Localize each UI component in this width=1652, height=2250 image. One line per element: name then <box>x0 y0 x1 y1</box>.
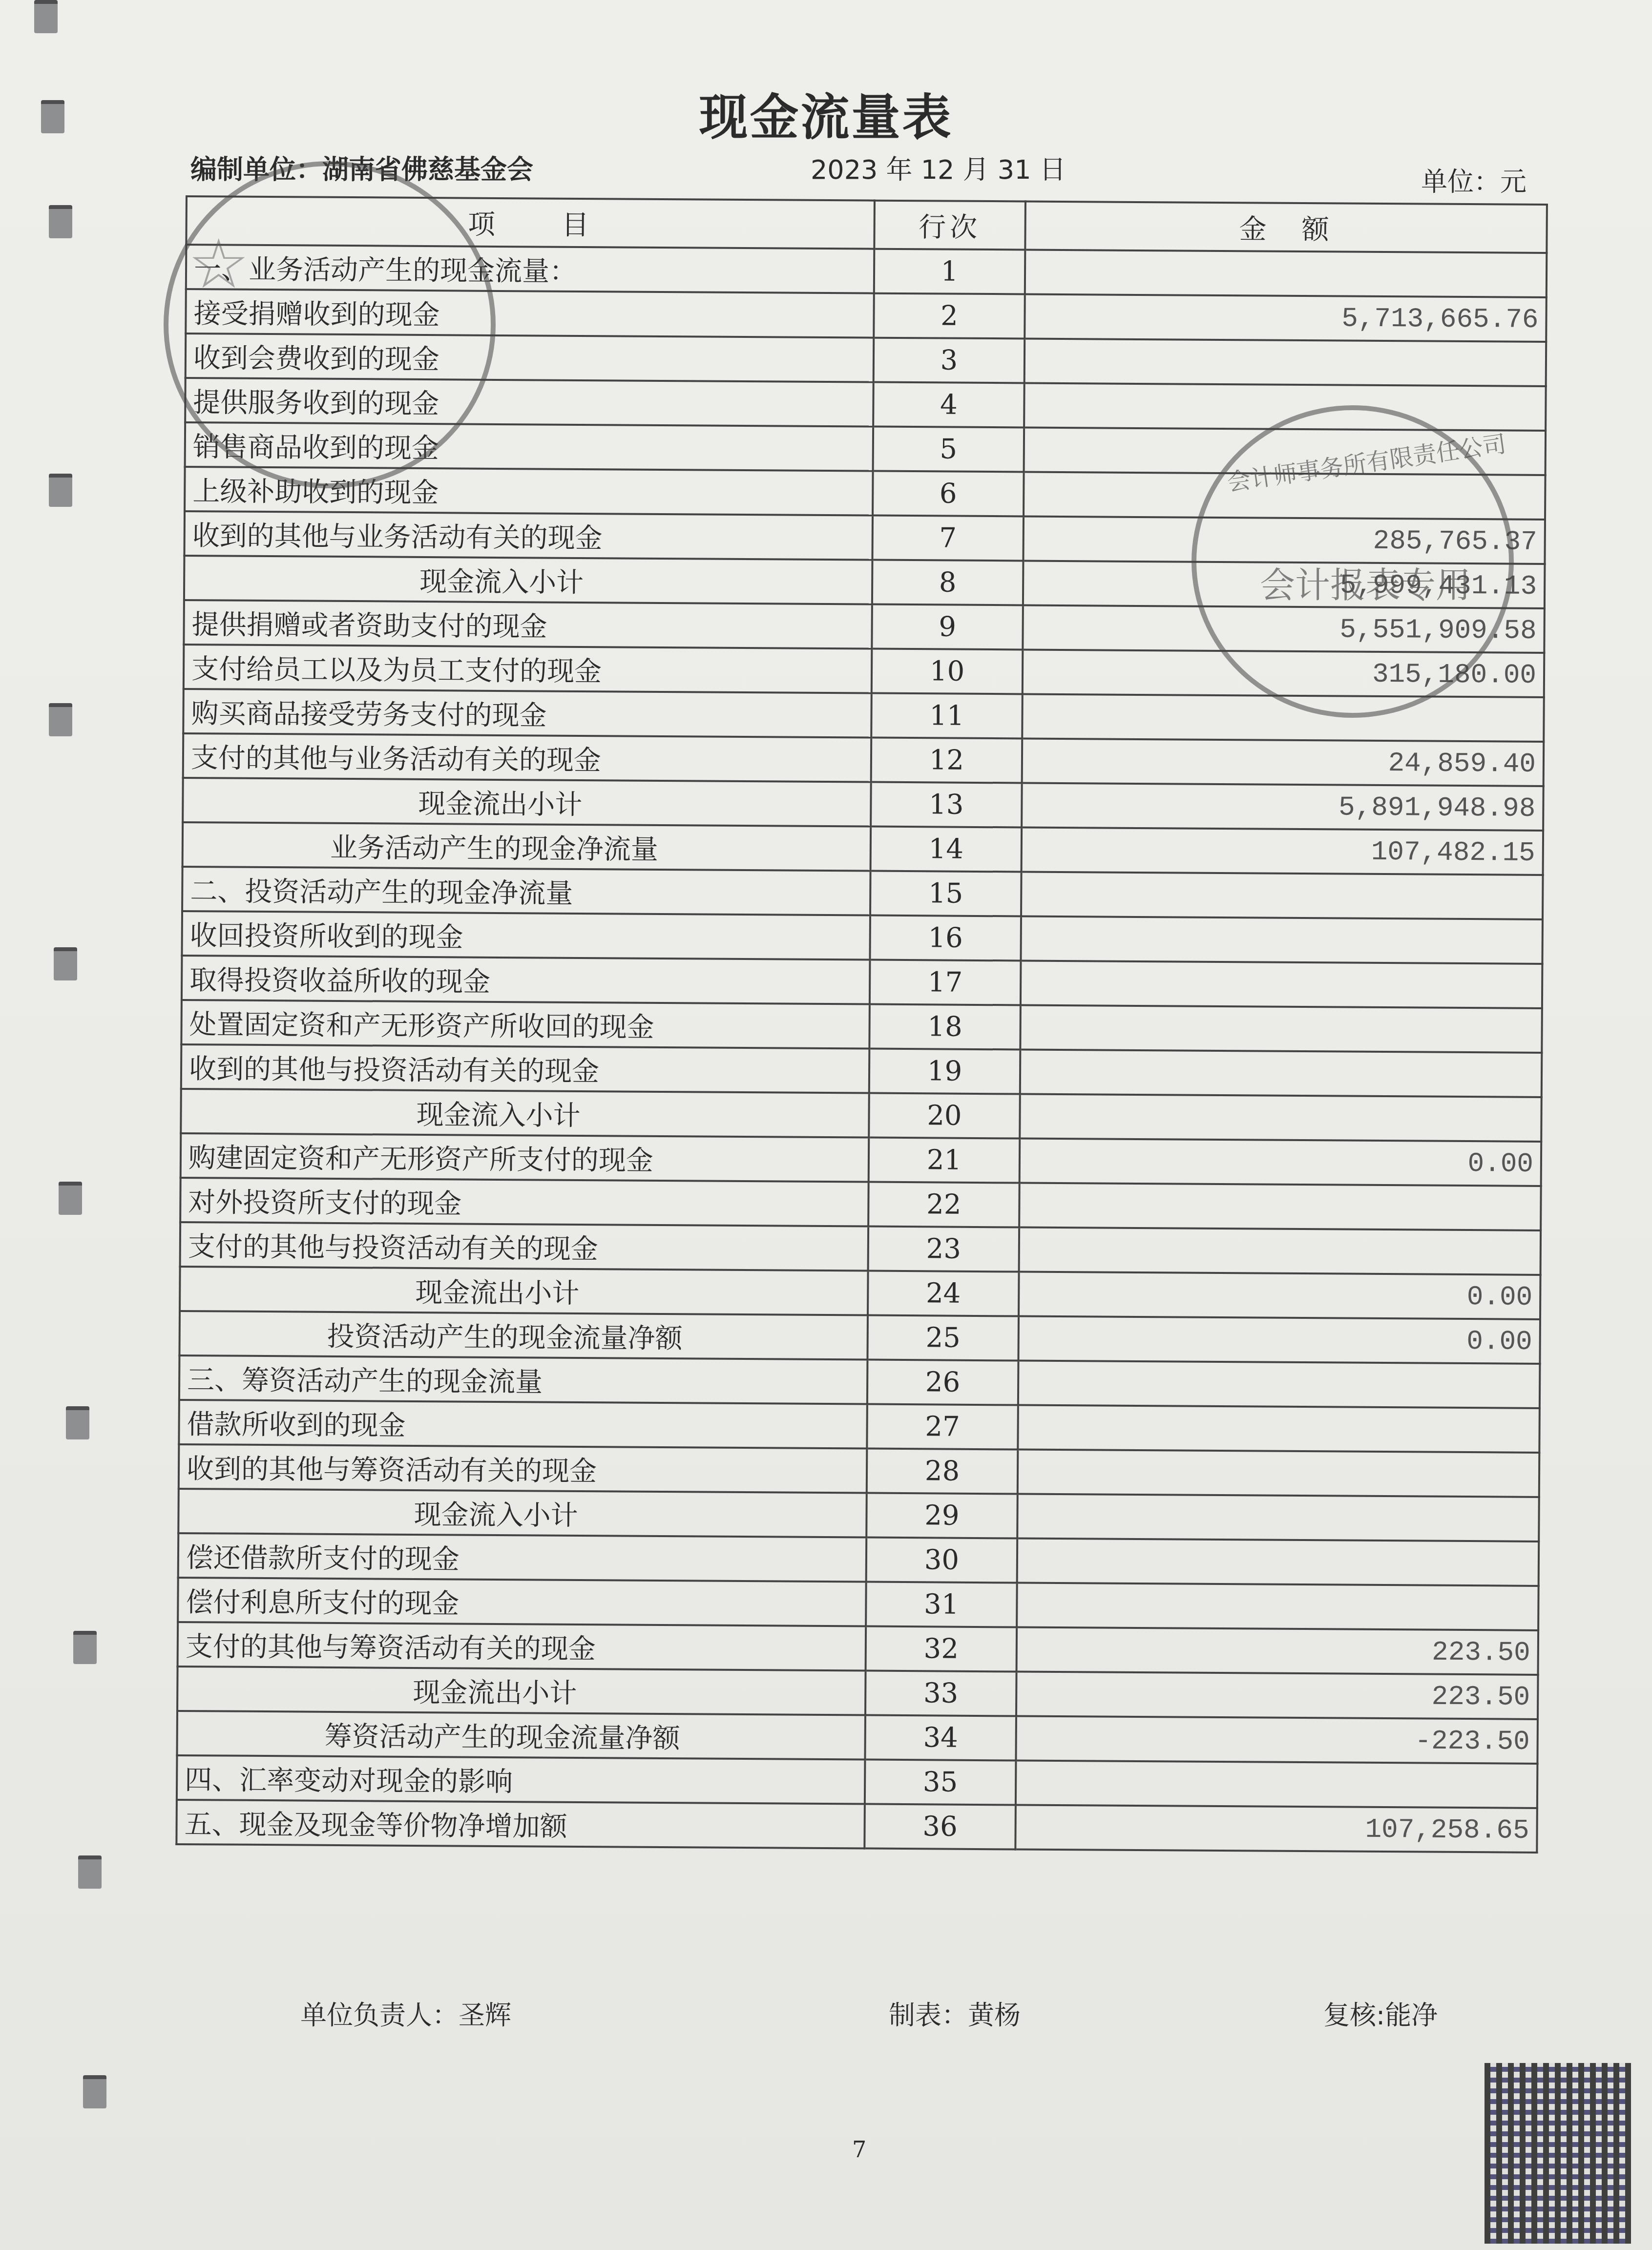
row-line-no: 24 <box>868 1271 1019 1316</box>
binding-hole <box>83 2075 106 2108</box>
row-line-no: 13 <box>871 782 1022 828</box>
row-item: 对外投资所支付的现金 <box>180 1178 868 1227</box>
preparing-organization: 编制单位：湖南省佛慈基金会 <box>190 149 533 187</box>
row-amount: 285,765.37 <box>1024 516 1545 564</box>
row-line-no: 19 <box>869 1049 1021 1094</box>
row-amount <box>1024 427 1546 475</box>
row-line-no: 3 <box>873 338 1025 383</box>
row-amount <box>1022 694 1544 742</box>
row-amount <box>1017 1538 1539 1586</box>
table-row: 收到的其他与业务活动有关的现金7285,765.37 <box>184 511 1545 564</box>
row-item: 处置固定资和产无形资产所收回的现金 <box>181 1000 869 1049</box>
document-title: 现金流量表 <box>0 78 1652 148</box>
row-amount: 0.00 <box>1019 1316 1540 1364</box>
row-item: 收到的其他与业务活动有关的现金 <box>184 511 872 560</box>
binding-hole <box>49 474 72 507</box>
table-row: 收到的其他与筹资活动有关的现金28 <box>179 1444 1540 1497</box>
row-item: 偿付利息所支付的现金 <box>178 1578 866 1626</box>
row-item: 支付的其他与投资活动有关的现金 <box>180 1222 868 1271</box>
document-page: 现金流量表 编制单位：湖南省佛慈基金会 2023 年 12 月 31 日 单位：… <box>0 0 1652 2250</box>
row-amount <box>1024 383 1546 431</box>
table-row: 支付给员工以及为员工支付的现金10315,180.00 <box>184 645 1545 697</box>
table-row: 业务活动产生的现金净流量14107,482.15 <box>183 822 1544 875</box>
row-amount: 0.00 <box>1020 1138 1541 1186</box>
table-row: 收到会费收到的现金3 <box>186 333 1547 386</box>
table-row: 接受捐赠收到的现金25,713,665.76 <box>186 289 1547 342</box>
row-line-no: 36 <box>864 1804 1016 1850</box>
row-item: 现金流出小计 <box>180 1267 868 1315</box>
signature-responsible: 单位负责人：圣辉 <box>300 1995 511 2032</box>
table-row: 收到的其他与投资活动有关的现金19 <box>181 1044 1542 1097</box>
row-line-no: 31 <box>866 1582 1017 1627</box>
binding-hole <box>59 1182 82 1215</box>
row-item: 接受捐赠收到的现金 <box>186 289 874 338</box>
row-amount <box>1025 250 1547 298</box>
table-row: 三、筹资活动产生的现金流量26 <box>179 1355 1540 1408</box>
row-amount <box>1016 1760 1537 1808</box>
row-line-no: 6 <box>873 471 1024 517</box>
row-line-no: 15 <box>870 871 1022 917</box>
table-header-row: 项 目 行次 金 额 <box>186 196 1547 253</box>
row-item: 现金流入小计 <box>181 1089 869 1138</box>
row-line-no: 22 <box>868 1182 1020 1228</box>
row-amount <box>1017 1583 1538 1630</box>
row-item: 五、现金及现金等价物净增加额 <box>176 1800 864 1849</box>
row-item: 购买商品接受劳务支付的现金 <box>183 689 871 738</box>
row-item: 三、筹资活动产生的现金流量 <box>179 1355 867 1404</box>
binding-hole <box>78 1855 102 1889</box>
table-row: 现金流出小计240.00 <box>180 1267 1541 1319</box>
table-row: 对外投资所支付的现金22 <box>180 1178 1541 1230</box>
row-line-no: 32 <box>865 1626 1017 1672</box>
row-item: 取得投资收益所收的现金 <box>182 956 870 1004</box>
row-line-no: 26 <box>867 1360 1019 1405</box>
table-row: 支付的其他与投资活动有关的现金23 <box>180 1222 1541 1275</box>
row-amount <box>1020 1005 1542 1053</box>
row-line-no: 18 <box>869 1004 1021 1050</box>
row-line-no: 17 <box>870 960 1021 1005</box>
row-line-no: 1 <box>874 249 1025 294</box>
row-line-no: 2 <box>874 293 1025 339</box>
table-row: 支付的其他与筹资活动有关的现金32223.50 <box>178 1622 1539 1675</box>
binding-hole <box>34 0 58 33</box>
row-item: 收到会费收到的现金 <box>186 333 874 382</box>
row-line-no: 9 <box>872 604 1023 650</box>
row-amount <box>1017 1494 1539 1542</box>
row-line-no: 4 <box>873 382 1025 428</box>
table-row: 提供服务收到的现金4 <box>185 378 1546 431</box>
row-item: 收到的其他与筹资活动有关的现金 <box>179 1444 867 1493</box>
row-amount: 107,482.15 <box>1022 827 1543 875</box>
row-item: 购建固定资和产无形资产所支付的现金 <box>181 1133 869 1182</box>
table-row: 支付的其他与业务活动有关的现金1224,859.40 <box>183 733 1544 786</box>
row-amount: 315,180.00 <box>1023 649 1544 697</box>
report-date: 2023 年 12 月 31 日 <box>811 149 1066 187</box>
table-row: 购买商品接受劳务支付的现金11 <box>183 689 1544 742</box>
row-item: 支付的其他与筹资活动有关的现金 <box>178 1622 866 1671</box>
row-item: 二、投资活动产生的现金净流量 <box>182 867 870 916</box>
row-item: 偿还借款所支付的现金 <box>178 1533 866 1582</box>
row-amount <box>1024 472 1545 520</box>
row-line-no: 21 <box>868 1138 1020 1183</box>
row-amount: 5,999,431.13 <box>1023 561 1545 608</box>
row-amount: 223.50 <box>1017 1627 1538 1675</box>
table-row: 收回投资所收到的现金16 <box>182 911 1543 964</box>
row-line-no: 28 <box>867 1449 1018 1494</box>
page-number: 7 <box>852 2136 866 2163</box>
row-item: 借款所收到的现金 <box>179 1400 867 1449</box>
table-row: 一、业务活动产生的现金流量：1 <box>186 245 1547 297</box>
header-line-no: 行次 <box>874 201 1025 250</box>
table-row: 处置固定资和产无形资产所收回的现金18 <box>181 1000 1542 1053</box>
row-item: 上级补助收到的现金 <box>185 467 873 516</box>
row-item: 四、汇率变动对现金的影响 <box>177 1755 865 1804</box>
header-amount: 金 额 <box>1025 202 1547 253</box>
row-item: 一、业务活动产生的现金流量： <box>186 245 874 293</box>
row-amount <box>1021 872 1543 919</box>
row-amount <box>1021 960 1542 1008</box>
row-line-no: 12 <box>871 738 1022 783</box>
signature-preparer: 制表：黄杨 <box>889 1995 1021 2032</box>
row-amount: 5,551,909.58 <box>1023 605 1544 653</box>
row-item: 现金流入小计 <box>178 1489 866 1538</box>
row-line-no: 35 <box>865 1760 1016 1805</box>
table-row: 偿还借款所支付的现金30 <box>178 1533 1539 1586</box>
row-amount <box>1019 1227 1541 1275</box>
row-line-no: 27 <box>867 1404 1018 1450</box>
binding-hole <box>49 703 72 736</box>
header-item: 项 目 <box>186 196 874 249</box>
row-item: 提供服务收到的现金 <box>185 378 873 427</box>
row-line-no: 5 <box>873 427 1024 472</box>
table-row: 上级补助收到的现金6 <box>185 467 1546 520</box>
row-amount <box>1021 916 1543 964</box>
row-amount: 107,258.65 <box>1015 1805 1537 1853</box>
binding-hole <box>73 1631 97 1664</box>
row-item: 投资活动产生的现金流量净额 <box>179 1311 867 1360</box>
table-row: 现金流出小计33223.50 <box>177 1667 1538 1719</box>
row-amount <box>1019 1183 1541 1230</box>
row-line-no: 23 <box>868 1227 1019 1272</box>
row-amount <box>1020 1094 1541 1142</box>
qr-code <box>1485 2063 1631 2244</box>
row-line-no: 33 <box>865 1671 1017 1716</box>
row-line-no: 11 <box>871 693 1023 739</box>
row-amount <box>1018 1360 1540 1408</box>
table-row: 五、现金及现金等价物净增加额36107,258.65 <box>176 1800 1537 1853</box>
table-row: 取得投资收益所收的现金17 <box>182 956 1543 1008</box>
row-amount: 0.00 <box>1019 1271 1540 1319</box>
table-row: 现金流入小计20 <box>181 1089 1542 1142</box>
signature-reviewer: 复核:能净 <box>1323 1995 1438 2032</box>
table-row: 现金流入小计29 <box>178 1489 1539 1542</box>
row-line-no: 7 <box>872 516 1024 561</box>
row-line-no: 25 <box>867 1315 1019 1361</box>
row-amount: 24,859.40 <box>1022 738 1544 786</box>
table-row: 偿付利息所支付的现金31 <box>178 1578 1539 1630</box>
row-amount: 5,713,665.76 <box>1025 294 1546 342</box>
row-item: 提供捐赠或者资助支付的现金 <box>184 600 872 649</box>
table-row: 二、投资活动产生的现金净流量15 <box>182 867 1543 919</box>
row-amount: -223.50 <box>1016 1716 1538 1764</box>
table-row: 四、汇率变动对现金的影响35 <box>177 1755 1538 1808</box>
row-line-no: 14 <box>870 827 1022 872</box>
table-row: 现金流入小计85,999,431.13 <box>184 556 1545 608</box>
row-item: 支付的其他与业务活动有关的现金 <box>183 733 871 782</box>
row-amount <box>1018 1405 1539 1453</box>
row-item: 筹资活动产生的现金流量净额 <box>177 1711 865 1760</box>
table-row: 现金流出小计135,891,948.98 <box>183 778 1544 831</box>
table-row: 提供捐赠或者资助支付的现金95,551,909.58 <box>184 600 1545 653</box>
row-item: 现金流入小计 <box>184 556 872 604</box>
binding-hole <box>49 205 72 238</box>
row-item: 收回投资所收到的现金 <box>182 911 870 960</box>
row-amount <box>1025 339 1546 387</box>
binding-hole <box>66 1406 89 1439</box>
table-row: 投资活动产生的现金流量净额250.00 <box>179 1311 1540 1364</box>
row-amount <box>1018 1449 1539 1497</box>
table-row: 借款所收到的现金27 <box>179 1400 1540 1453</box>
row-line-no: 34 <box>865 1715 1016 1761</box>
row-line-no: 16 <box>870 916 1021 961</box>
currency-unit: 单位：元 <box>1421 161 1527 199</box>
row-item: 现金流出小计 <box>177 1667 865 1715</box>
row-item: 支付给员工以及为员工支付的现金 <box>184 645 872 693</box>
row-item: 现金流出小计 <box>183 778 871 827</box>
row-item: 收到的其他与投资活动有关的现金 <box>181 1044 869 1093</box>
table-row: 购建固定资和产无形资产所支付的现金210.00 <box>181 1133 1542 1186</box>
binding-hole <box>54 947 77 980</box>
row-amount: 223.50 <box>1016 1671 1538 1719</box>
table-row: 筹资活动产生的现金流量净额34-223.50 <box>177 1711 1538 1764</box>
row-item: 销售商品收到的现金 <box>185 422 873 471</box>
row-amount <box>1020 1049 1542 1097</box>
cash-flow-table: 项 目 行次 金 额 一、业务活动产生的现金流量：1接受捐赠收到的现金25,71… <box>175 195 1548 1854</box>
row-amount: 5,891,948.98 <box>1022 783 1543 831</box>
row-line-no: 8 <box>872 560 1024 605</box>
row-line-no: 20 <box>869 1093 1020 1139</box>
table-row: 销售商品收到的现金5 <box>185 422 1546 475</box>
row-line-no: 30 <box>866 1538 1017 1583</box>
row-line-no: 10 <box>872 649 1023 694</box>
row-item: 业务活动产生的现金净流量 <box>183 822 871 871</box>
row-line-no: 29 <box>866 1493 1018 1539</box>
